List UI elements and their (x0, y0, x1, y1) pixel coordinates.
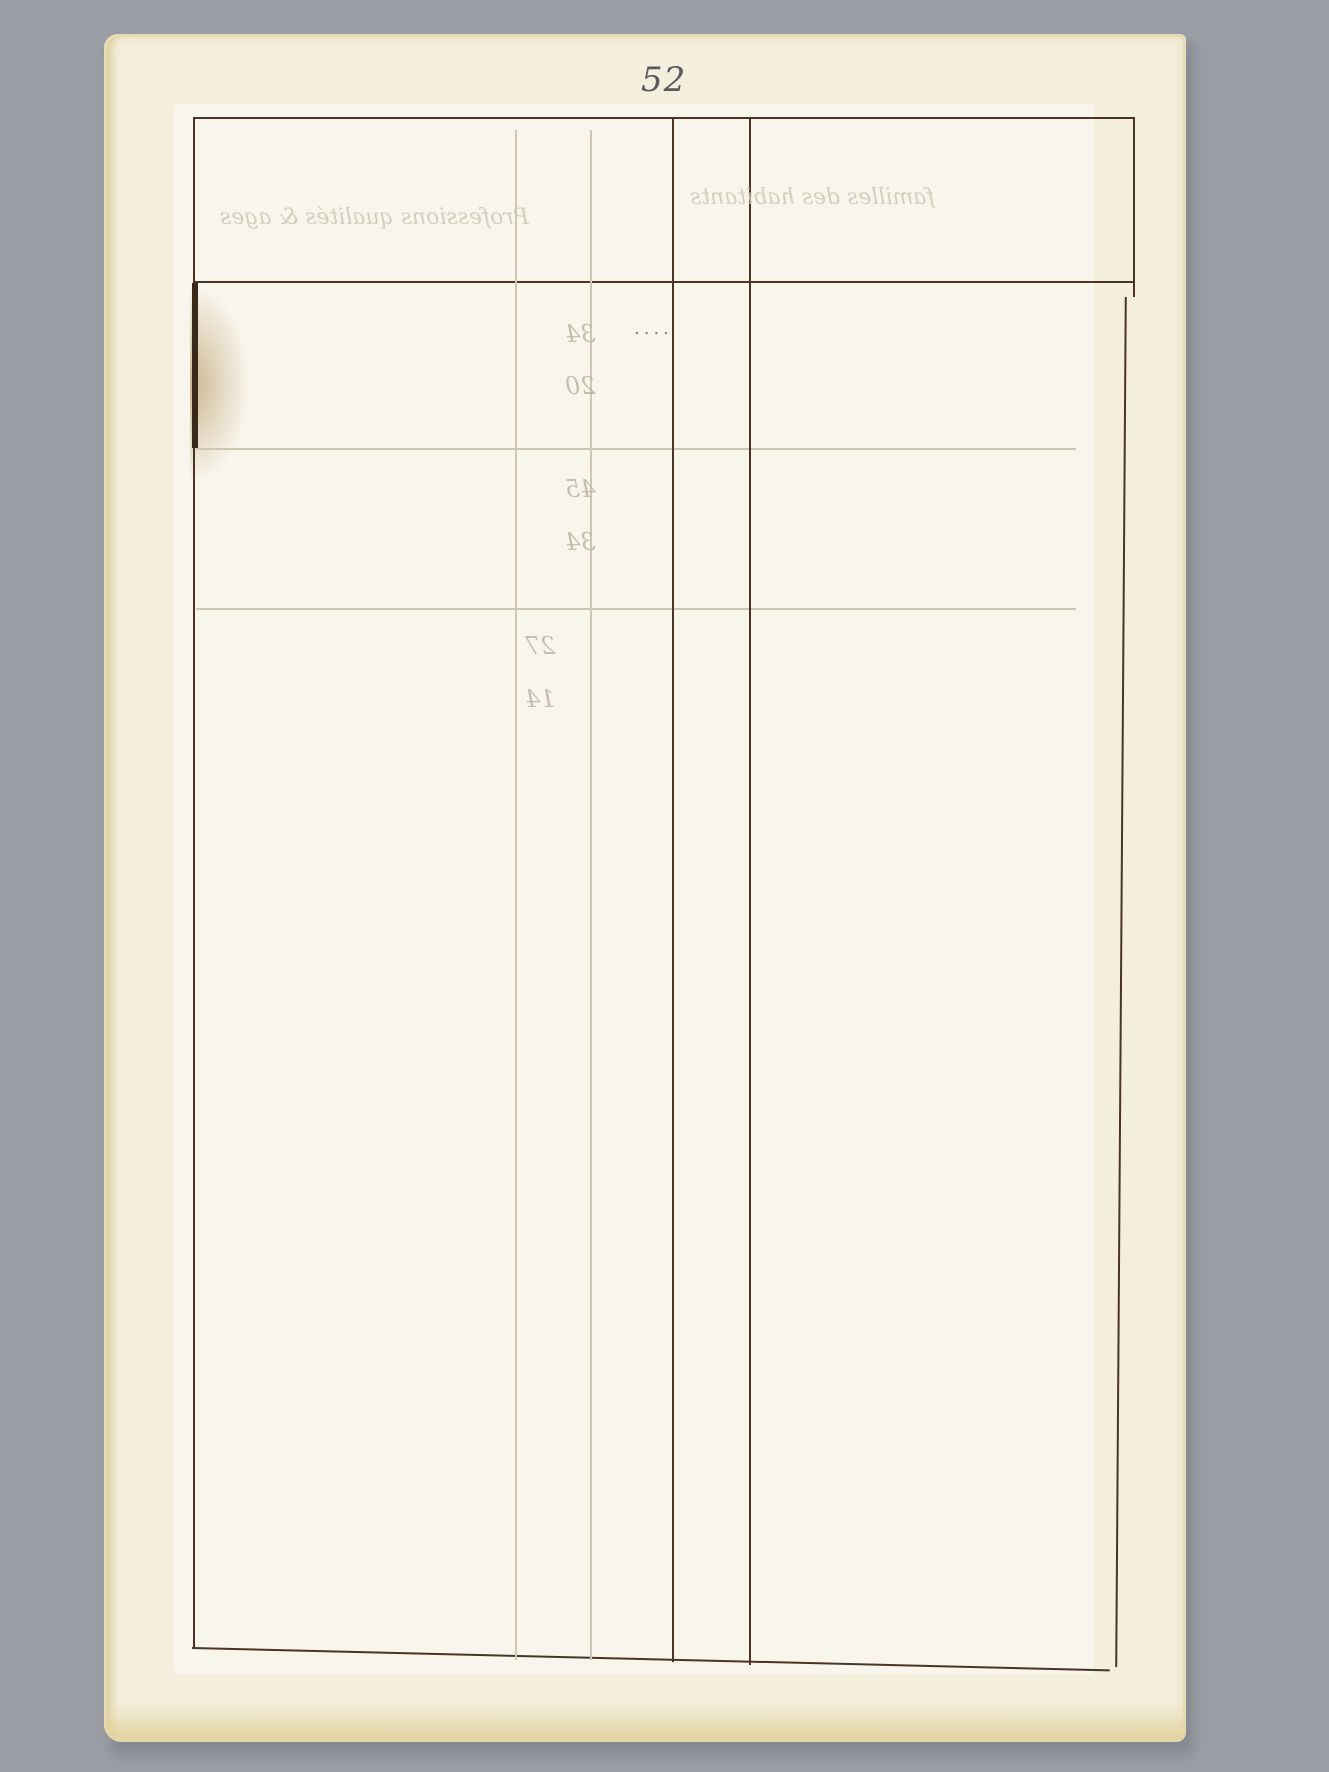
bleed-through-number: 20 (565, 372, 596, 400)
column-rule (749, 117, 751, 1665)
column-rule-faint (590, 130, 592, 1660)
page-number: 52 (641, 60, 686, 100)
bleed-through-number: 27 (525, 632, 556, 660)
bleed-through-number: 14 (525, 685, 556, 713)
table-row-divider (196, 448, 1076, 450)
leader-dots: .... (634, 318, 673, 339)
table-left-border-ink-blot (192, 283, 198, 448)
bleed-through-number: 34 (565, 528, 596, 556)
manuscript-page (104, 34, 1186, 1742)
table-header-divider (194, 281, 1134, 283)
deckle-edge (104, 1702, 1186, 1742)
bleed-through-number: 34 (565, 320, 596, 348)
water-stain (190, 284, 250, 484)
bleed-through-header: familles des habitants (690, 185, 935, 210)
column-rule (672, 117, 674, 1662)
table-top-border (194, 117, 1134, 119)
table-row-divider (196, 608, 1076, 610)
bleed-through-header: Professions qualités & ages (220, 205, 529, 230)
table-right-border (1133, 117, 1135, 297)
paper-surface (174, 104, 1094, 1674)
bleed-through-number: 45 (565, 475, 596, 503)
column-rule-faint (515, 130, 517, 1660)
